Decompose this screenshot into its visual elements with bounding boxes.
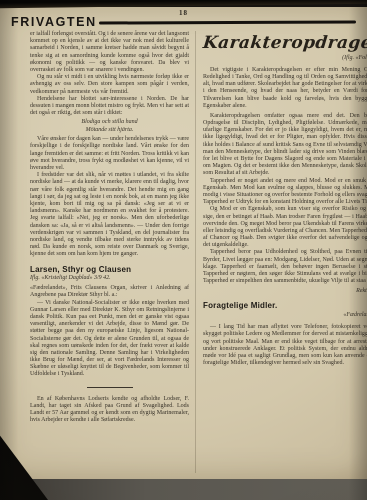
masthead-rule	[99, 20, 356, 24]
verse-line: Mötande sitt hjärta.	[30, 127, 189, 135]
paragraph: Det vigtigste i Karakteropdragelsen er e…	[203, 67, 367, 110]
paragraph: En af Københavns Lodseris kendte og afho…	[30, 396, 189, 425]
section-heading-foragtelige-midler: Foragtelige Midler.	[203, 301, 367, 310]
section-divider	[87, 387, 133, 388]
paragraph: Hendelsene har blottet sær-interessene i…	[30, 96, 189, 118]
verse-line: Blodiga och stilla hand	[30, 119, 189, 127]
source-line: «Fædrelandet» skriver:	[203, 312, 367, 320]
paragraph: er ialfall forlengst overstått. Og i de …	[30, 31, 189, 74]
page: 18 FRIVAGTEN er ialfall forlengst overst…	[0, 7, 367, 479]
paragraph: I fredstider var det slik, når vi møttes…	[30, 172, 189, 258]
column-left: er ialfall forlengst overstått. Og i de …	[30, 31, 195, 473]
paragraph: «Fædrelandet», Frits Clausens Organ, skr…	[30, 285, 189, 299]
paragraph: — Vi danske National-Socialister er ikke…	[30, 300, 189, 379]
source-line: (Iflg. «Folkungbladet»).	[203, 55, 367, 63]
column-right: Karakteropdragelse (Iflg. «Folkungbladet…	[195, 31, 367, 473]
scanned-page-photo: 18 FRIVAGTEN er ialfall forlengst overst…	[0, 0, 367, 500]
text-columns: er ialfall forlengst overstått. Og i de …	[30, 31, 358, 473]
paragraph: — I lang Tid har man aflyttet vore Telef…	[203, 324, 367, 367]
photo-bottom-backdrop	[0, 479, 367, 500]
verse-quote: Blodiga och stilla hand Mötande sitt hjä…	[30, 119, 189, 134]
paragraph: Tapperhed er noget andet og mere end Mod…	[203, 178, 367, 207]
paragraph: Karakteropdragelsen omfatter ogsaa mere …	[203, 113, 367, 178]
paragraph: Og Mod er en Egenskab, som kun viser sig…	[203, 206, 367, 249]
article-heading-karakteropdragelse: Karakteropdragelse	[202, 33, 367, 53]
paragraph: Våre ønsker for dagen kan — under hendel…	[30, 136, 189, 172]
paragraph: Tapperhed beror paa Udholdenhed og Stolt…	[203, 249, 367, 285]
paragraph: Og nu står vi midt i en utvikling hvis n…	[30, 74, 189, 96]
section-heading-larsen: Larsen, Sthyr og Clausen	[30, 265, 189, 274]
signature: Rektor Carl Gad.	[203, 288, 367, 294]
source-line: Iflg. «Kristeligt Dagblad» 3/9 42.	[30, 275, 189, 283]
masthead-title: FRIVAGTEN	[11, 15, 97, 29]
